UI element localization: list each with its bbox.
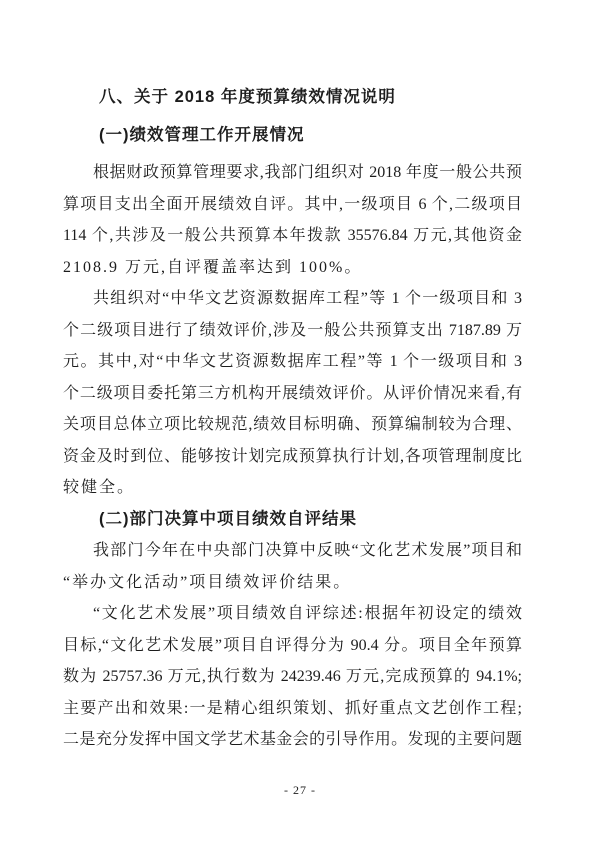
body-text-line: 数为 25757.36 万元,执行数为 24239.46 万元,完成预算的 94… — [63, 661, 522, 693]
body-text-line: 我部门今年在中央部门决算中反映“文化艺术发展”项目和 — [63, 535, 522, 567]
body-text-line: 个二级项目委托第三方机构开展绩效评价。从评价情况来看,有 — [63, 378, 522, 410]
body-text-line: “文化艺术发展”项目绩效自评综述:根据年初设定的绩效 — [63, 598, 522, 630]
body-text-line: 关项目总体立项比较规范,绩效目标明确、预算编制较为合理、 — [63, 409, 522, 441]
body-text-line: 算项目支出全面开展绩效自评。其中,一级项目 6 个,二级项目 — [63, 189, 522, 221]
body-text-line: 主要产出和效果:一是精心组织策划、抓好重点文艺创作工程; — [63, 693, 522, 725]
heading-subsection-1: (一)绩效管理工作开展情况 — [63, 120, 522, 152]
document-body: 八、关于 2018 年度预算绩效情况说明 (一)绩效管理工作开展情况 根据财政预… — [63, 82, 522, 756]
body-text-line: 资金及时到位、能够按计划完成预算执行计划,各项管理制度比 — [63, 441, 522, 473]
body-text-line: 根据财政预算管理要求,我部门组织对 2018 年度一般公共预 — [63, 157, 522, 189]
body-text-line: 个二级项目进行了绩效评价,涉及一般公共预算支出 7187.89 万 — [63, 315, 522, 347]
body-text-line: 共组织对“中华文艺资源数据库工程”等 1 个一级项目和 3 — [63, 283, 522, 315]
body-text-line: 114 个,共涉及一般公共预算本年拨款 35576.84 万元,其他资金 — [63, 220, 522, 252]
body-text-line: 目标,“文化艺术发展”项目自评得分为 90.4 分。项目全年预算 — [63, 630, 522, 662]
body-text-line: 二是充分发挥中国文学艺术基金会的引导作用。发现的主要问题 — [63, 724, 522, 756]
heading-subsection-2: (二)部门决算中项目绩效自评结果 — [63, 504, 522, 536]
body-text-line: 元。其中,对“中华文艺资源数据库工程”等 1 个一级项目和 3 — [63, 346, 522, 378]
document-page: 八、关于 2018 年度预算绩效情况说明 (一)绩效管理工作开展情况 根据财政预… — [0, 0, 600, 848]
body-text-line: “举办文化活动”项目绩效评价结果。 — [63, 567, 522, 599]
body-text-line: 2108.9 万元,自评覆盖率达到 100%。 — [63, 252, 522, 284]
body-text-line: 较健全。 — [63, 472, 522, 504]
page-number: - 27 - — [0, 783, 600, 798]
heading-section-viii: 八、关于 2018 年度预算绩效情况说明 — [63, 82, 522, 114]
